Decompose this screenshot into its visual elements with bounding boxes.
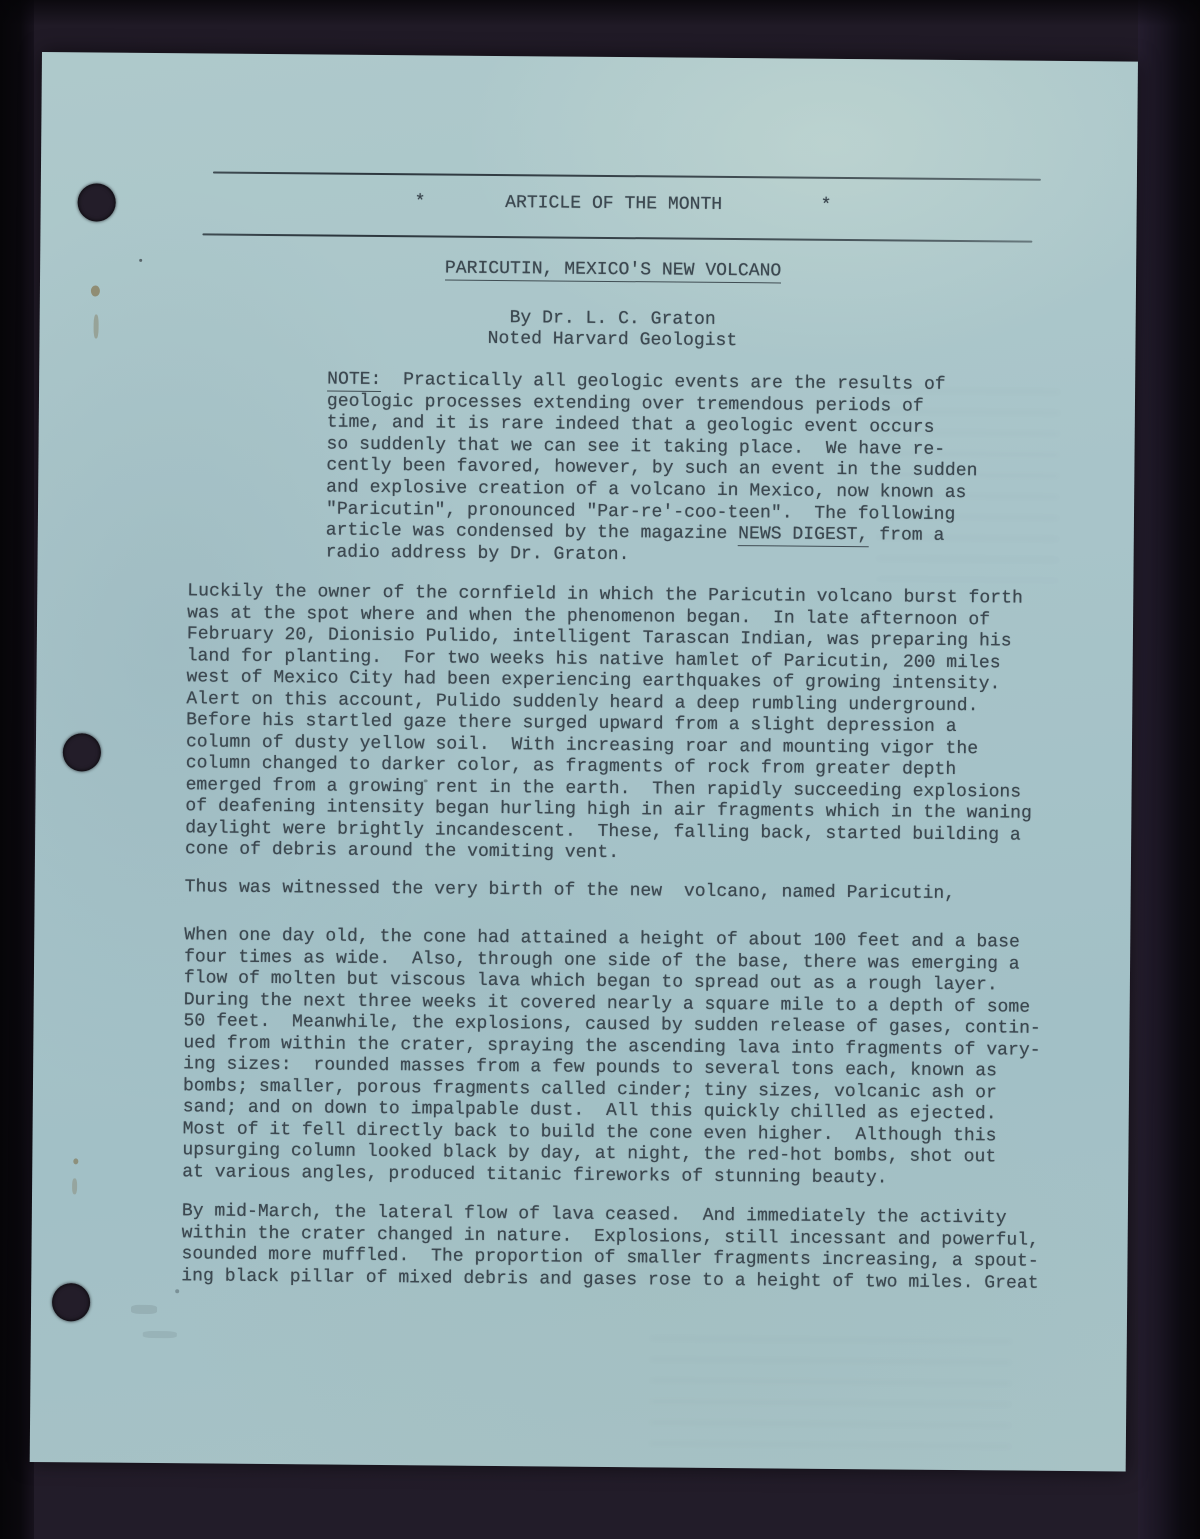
pencil-smudge xyxy=(143,1331,177,1338)
paragraph-2: Thus was witnessed the very birth of the… xyxy=(185,877,956,905)
magazine-name: NEWS DIGEST, xyxy=(738,524,868,547)
paper-speck xyxy=(139,259,142,262)
scanned-page-background: { "scan": { "background_color": "#241d2b… xyxy=(0,0,1200,1539)
paper-stain xyxy=(72,1178,77,1194)
paragraph-3: When one day old, the cone had attained … xyxy=(182,925,1042,1190)
scanner-bed-right-band xyxy=(1138,0,1200,1539)
bleed-through-text xyxy=(650,1337,1011,1450)
masthead-bottom-rule xyxy=(202,233,1032,242)
pencil-smudge xyxy=(131,1305,157,1314)
paper-speck xyxy=(175,1289,179,1293)
paragraph-1: Luckily the owner of the cornfield in wh… xyxy=(185,581,1034,868)
punch-hole-bottom xyxy=(52,1283,90,1321)
scanner-bed-left-band xyxy=(0,0,34,1539)
note-middle-lines: geologic processes extending over tremen… xyxy=(326,391,978,526)
masthead-title: ARTICLE OF THE MONTH xyxy=(505,193,722,215)
scanner-bed-top-band xyxy=(0,0,1200,26)
masthead-title-wrap: ARTICLE OF THE MONTH xyxy=(199,190,1029,217)
masthead-right-asterisk: * xyxy=(821,196,832,216)
document-page: * ARTICLE OF THE MONTH * PARICUTIN, MEXI… xyxy=(30,52,1138,1472)
article-title: PARICUTIN, MEXICO'S NEW VOLCANO xyxy=(445,259,782,283)
editor-note: NOTE: Practically all geologic events ar… xyxy=(326,370,979,570)
paragraph-4: By mid-March, the lateral flow of lava c… xyxy=(181,1201,1039,1294)
text-line: Thus was witnessed the very birth of the… xyxy=(185,877,956,905)
masthead: * ARTICLE OF THE MONTH * xyxy=(41,189,1137,223)
masthead-top-rule xyxy=(213,171,1041,180)
paper-stain xyxy=(94,314,99,338)
article-title-wrap: PARICUTIN, MEXICO'S NEW VOLCANO xyxy=(198,256,1028,283)
paper-stain xyxy=(73,1158,78,1164)
paper-stain xyxy=(91,285,100,296)
punch-hole-middle xyxy=(63,733,101,771)
note-label: NOTE: xyxy=(327,370,381,392)
